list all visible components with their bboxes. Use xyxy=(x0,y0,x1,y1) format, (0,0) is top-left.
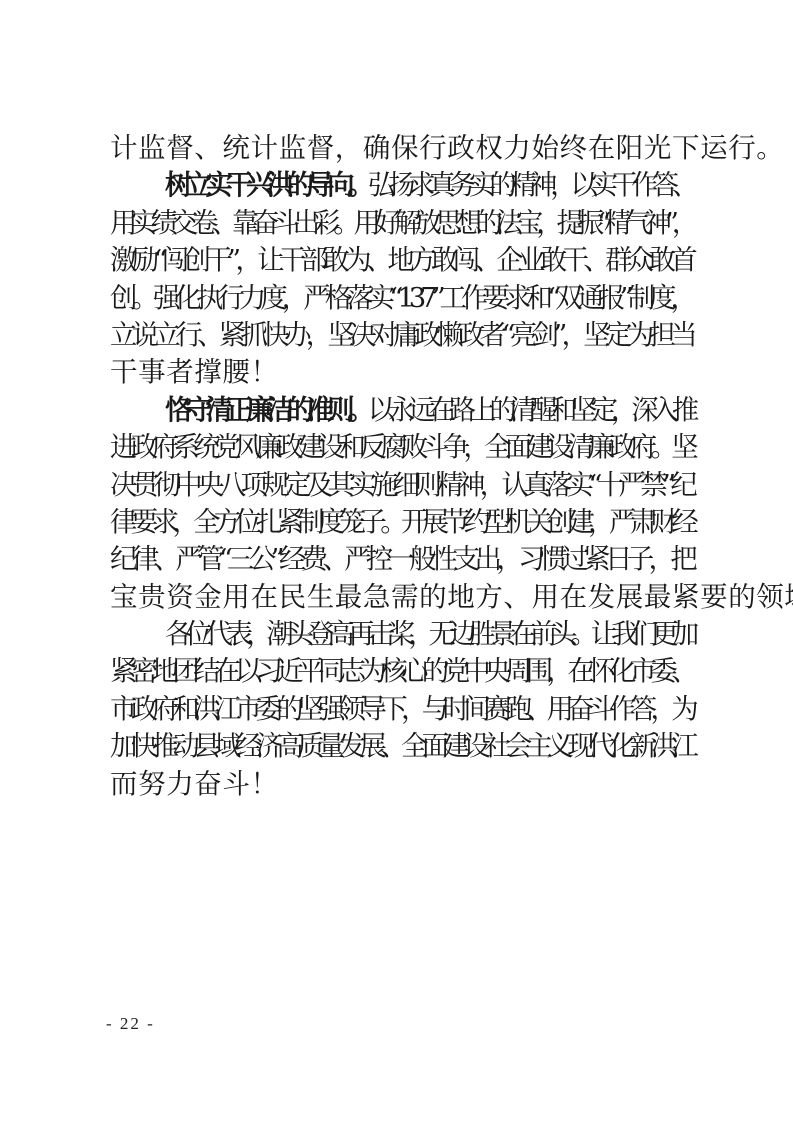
text-line: 恪守清正廉洁的准则。以永远在路上的清醒和坚定，深入推 xyxy=(110,392,692,429)
line-text: 用实绩交卷、靠奋斗出彩。用好解放思想的法宝，提振“精气神”， xyxy=(110,207,692,239)
section-heading: 树立实干兴洪的导向。 xyxy=(165,169,368,201)
text-line: 激励“闯创干”，让干部敢为、地方敢闯、企业敢干、群众敢首 xyxy=(110,242,692,279)
text-line: 纪律、严管“三公”经费、严控一般性支出，习惯过紧日子，把 xyxy=(110,541,692,578)
line-text: 各位代表，潮头登高再击桨，无边胜景在前头。让我们更加 xyxy=(165,618,692,650)
line-text: 加快推动县域经济高质量发展、全面建设社会主义现代化新洪江 xyxy=(110,730,692,762)
text-line: 加快推动县域经济高质量发展、全面建设社会主义现代化新洪江 xyxy=(110,728,692,765)
text-line: 而努力奋斗！ xyxy=(110,766,692,803)
text-line: 紧密地团结在以习近平同志为核心的党中央周围，在怀化市委、 xyxy=(110,653,692,690)
section-heading: 恪守清正廉洁的准则。 xyxy=(165,394,368,426)
line-text: 市政府和洪江市委的坚强领导下，与时间赛跑、用奋斗作答，为 xyxy=(110,693,692,725)
line-text: 决贯彻中央八项规定及其实施细则精神，认真落实“十严禁”纪 xyxy=(110,469,692,501)
text-line: 各位代表，潮头登高再击桨，无边胜景在前头。让我们更加 xyxy=(110,616,692,653)
line-text: 计监督、统计监督，确保行政权力始终在阳光下运行。 xyxy=(110,132,784,164)
line-text: 宝贵资金用在民生最急需的地方、用在发展最紧要的领域！ xyxy=(110,581,793,613)
text-line: 树立实干兴洪的导向。弘扬求真务实的精神，以实干作答、 xyxy=(110,167,692,204)
line-text: 立说立行、紧抓快办，坚决对庸政懒政者“亮剑”，坚定为担当 xyxy=(110,319,692,351)
text-line: 用实绩交卷、靠奋斗出彩。用好解放思想的法宝，提振“精气神”， xyxy=(110,205,692,242)
text-line: 计监督、统计监督，确保行政权力始终在阳光下运行。 xyxy=(110,130,692,167)
text-line: 决贯彻中央八项规定及其实施细则精神，认真落实“十严禁”纪 xyxy=(110,467,692,504)
text-line: 创。强化执行力度，严格落实“137”工作要求和“双通报”制度， xyxy=(110,280,692,317)
line-text: 创。强化执行力度，严格落实“137”工作要求和“双通报”制度， xyxy=(110,282,692,314)
document-body: 计监督、统计监督，确保行政权力始终在阳光下运行。 树立实干兴洪的导向。弘扬求真务… xyxy=(110,130,692,803)
line-text: 进政府系统党风廉政建设和反腐败斗争，全面建设清廉政府。坚 xyxy=(110,431,692,463)
line-text: 律要求，全方位扎紧制度笼子。开展节约型机关创建，严肃财经 xyxy=(110,506,692,538)
text-line: 进政府系统党风廉政建设和反腐败斗争，全面建设清廉政府。坚 xyxy=(110,429,692,466)
line-text: 干事者撑腰！ xyxy=(110,356,279,388)
text-line: 宝贵资金用在民生最急需的地方、用在发展最紧要的领域！ xyxy=(110,579,692,616)
page-number: - 22 - xyxy=(106,1014,155,1034)
text-line: 干事者撑腰！ xyxy=(110,354,692,391)
text-line: 律要求，全方位扎紧制度笼子。开展节约型机关创建，严肃财经 xyxy=(110,504,692,541)
text-line: 立说立行、紧抓快办，坚决对庸政懒政者“亮剑”，坚定为担当 xyxy=(110,317,692,354)
line-text: 激励“闯创干”，让干部敢为、地方敢闯、企业敢干、群众敢首 xyxy=(110,244,692,276)
line-text: 紧密地团结在以习近平同志为核心的党中央周围，在怀化市委、 xyxy=(110,655,692,687)
line-text: 纪律、严管“三公”经费、严控一般性支出，习惯过紧日子，把 xyxy=(110,543,692,575)
line-text: 而努力奋斗！ xyxy=(110,768,279,800)
line-text: 以永远在路上的清醒和坚定，深入推 xyxy=(368,394,692,426)
text-line: 市政府和洪江市委的坚强领导下，与时间赛跑、用奋斗作答，为 xyxy=(110,691,692,728)
line-text: 弘扬求真务实的精神，以实干作答、 xyxy=(368,169,692,201)
